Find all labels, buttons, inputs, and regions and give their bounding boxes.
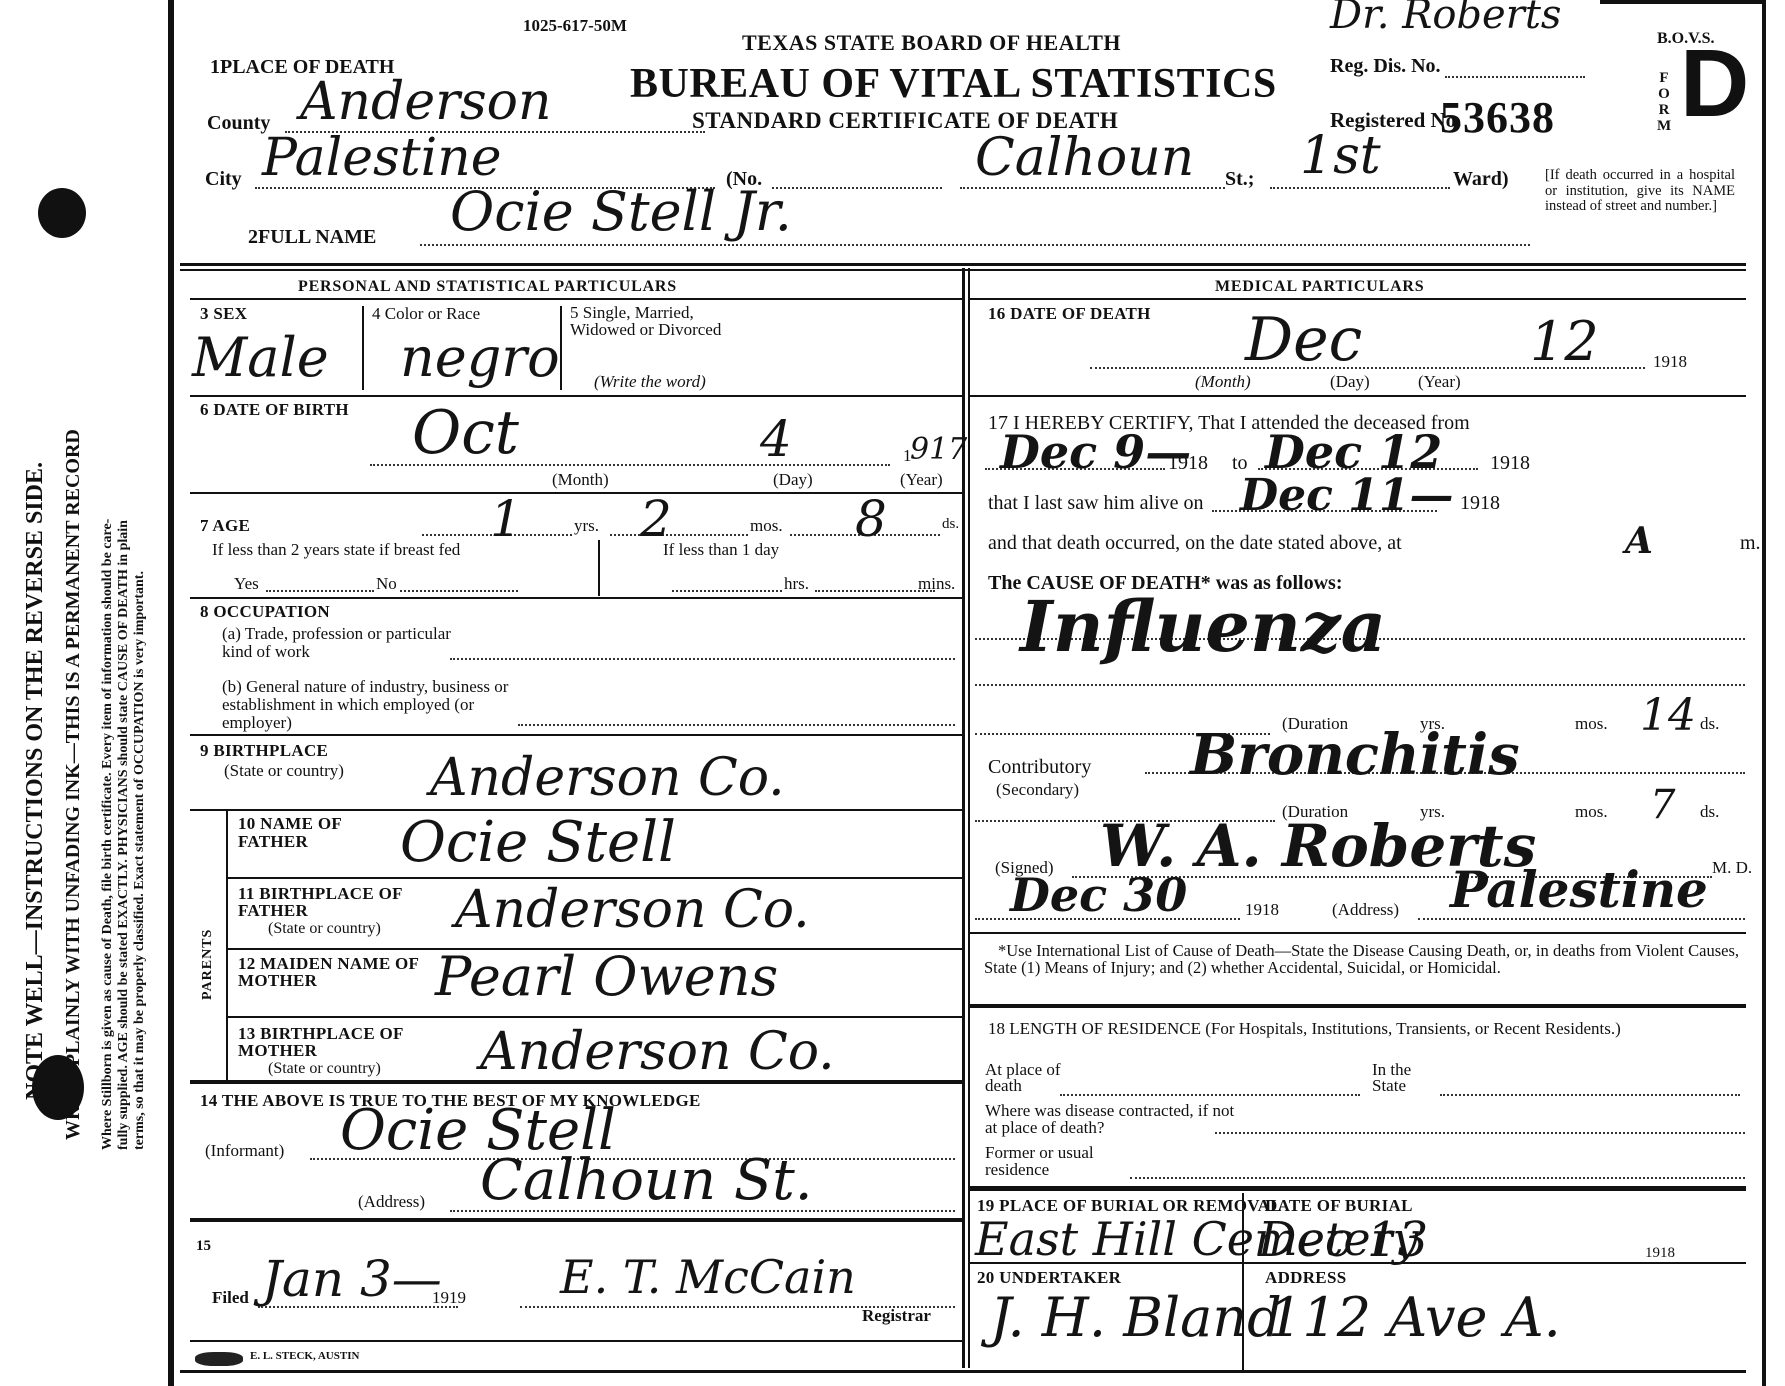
at-place-label: At place of death bbox=[985, 1062, 1075, 1094]
dod-year-value: 1918 bbox=[1653, 352, 1687, 372]
mother-name-label: 12 MAIDEN NAME OF MOTHER bbox=[238, 955, 438, 989]
printer-seal-icon bbox=[195, 1352, 243, 1366]
informant-address-value: Calhoun St. bbox=[480, 1148, 813, 1213]
residence-label: 18 LENGTH OF RESIDENCE (For Hospitals, I… bbox=[988, 1020, 1738, 1037]
occupation-b-label: (b) General nature of industry, business… bbox=[222, 678, 522, 732]
father-birthplace-value: Anderson Co. bbox=[455, 880, 810, 940]
row-rule-footnote bbox=[970, 932, 1746, 934]
row-rule-age bbox=[190, 492, 962, 494]
form-label: FORM bbox=[1657, 70, 1671, 134]
dod-label: 16 DATE OF DEATH bbox=[988, 304, 1151, 324]
no-label: No bbox=[376, 574, 397, 594]
father-birthplace-label: 11 BIRTHPLACE OF FATHER bbox=[238, 885, 408, 919]
marital-label: 5 Single, Married, Widowed or Divorced bbox=[570, 304, 730, 338]
row-rule-burial bbox=[970, 1186, 1746, 1191]
contrib-mos-label: mos. bbox=[1575, 802, 1608, 822]
last-saw-year: 1918 bbox=[1460, 492, 1500, 515]
breast-fed-no-field[interactable] bbox=[400, 590, 518, 592]
yrs-label: yrs. bbox=[574, 516, 599, 536]
hrs-label: hrs. bbox=[784, 574, 809, 594]
form-right-border bbox=[1762, 0, 1766, 1386]
age-days-value: 8 bbox=[855, 490, 887, 548]
contributory-label: Contributory bbox=[988, 756, 1091, 779]
occupation-b-field[interactable] bbox=[518, 724, 955, 726]
to-year: 1918 bbox=[1490, 452, 1530, 475]
less-than-day-label: If less than 1 day bbox=[663, 540, 779, 560]
mins-label: mins. bbox=[918, 574, 955, 594]
mother-birthplace-value: Anderson Co. bbox=[480, 1022, 835, 1082]
stillborn-instruction-2: fully supplied. AGE should be stated EXA… bbox=[116, 520, 132, 1150]
dr-roberts-annotation: Dr. Roberts bbox=[1330, 0, 1561, 38]
ds-label: ds. bbox=[942, 516, 959, 533]
row-rule-father-bp bbox=[228, 877, 962, 879]
dob-label: 6 DATE OF BIRTH bbox=[200, 400, 349, 420]
last-saw-value: Dec 11— bbox=[1240, 470, 1454, 521]
burial-date-value: Dec 13 bbox=[1258, 1212, 1428, 1268]
cause-duration-days: 14 bbox=[1640, 690, 1696, 741]
informant-label: (Informant) bbox=[205, 1141, 284, 1161]
street-value: Calhoun bbox=[975, 128, 1194, 188]
informant-address-label: (Address) bbox=[358, 1192, 425, 1212]
dod-year-caption: (Year) bbox=[1418, 372, 1461, 392]
item-15-label: 15 bbox=[196, 1238, 211, 1255]
sex-race-divider bbox=[362, 306, 364, 390]
cause-value: Influenza bbox=[1020, 585, 1386, 668]
reg-dis-field[interactable] bbox=[1445, 76, 1585, 78]
last-saw-label: that I last saw him alive on bbox=[988, 492, 1204, 515]
mos-label: mos. bbox=[750, 516, 783, 536]
race-marital-divider bbox=[560, 306, 562, 390]
hospital-note: [If death occurred in a hospital or inst… bbox=[1545, 168, 1735, 215]
contributory-value: Bronchitis bbox=[1190, 722, 1520, 788]
signed-year: 1918 bbox=[1245, 900, 1279, 920]
sex-label: 3 SEX bbox=[200, 304, 247, 324]
cause-mos-label: mos. bbox=[1575, 714, 1608, 734]
full-name-value: Ocie Stell Jr. bbox=[450, 180, 792, 243]
occupation-a-label: (a) Trade, profession or particular kind… bbox=[222, 625, 452, 661]
former-residence-field[interactable] bbox=[1130, 1177, 1745, 1179]
medical-section-title: MEDICAL PARTICULARS bbox=[1215, 278, 1424, 296]
form-top-border bbox=[1600, 0, 1766, 4]
birthplace-label: 9 BIRTHPLACE bbox=[200, 741, 328, 761]
city-value: Palestine bbox=[262, 128, 502, 188]
contracted-field[interactable] bbox=[1215, 1132, 1745, 1134]
dod-month-caption: (Month) bbox=[1195, 372, 1251, 392]
header-divider bbox=[180, 263, 1746, 266]
undertaker-address-label: ADDRESS bbox=[1265, 1268, 1346, 1288]
dob-month-value: Oct bbox=[412, 398, 519, 468]
ink-blot-bottom bbox=[32, 1055, 84, 1120]
physician-address-value: Palestine bbox=[1450, 860, 1708, 919]
row-rule-printer bbox=[190, 1340, 962, 1342]
in-state-field[interactable] bbox=[1440, 1094, 1740, 1096]
ward-field[interactable] bbox=[1270, 187, 1450, 189]
row-rule-residence bbox=[970, 1004, 1746, 1008]
row-rule-undertaker bbox=[970, 1262, 1746, 1264]
center-divider-2 bbox=[968, 268, 970, 1368]
breast-fed-label: If less than 2 years state if breast fed bbox=[212, 540, 460, 560]
write-plainly-notice: WRITE PLAINLY WITH UNFADING INK—THIS IS … bbox=[62, 429, 85, 1140]
occupation-label: 8 OCCUPATION bbox=[200, 602, 330, 622]
personal-title-rule bbox=[190, 298, 962, 300]
registrar-signature: E. T. McCain bbox=[560, 1250, 856, 1304]
undertaker-value: J. H. Bland bbox=[990, 1286, 1282, 1349]
city-label: City bbox=[205, 168, 242, 191]
race-value: negro bbox=[400, 326, 560, 389]
reg-dis-label: Reg. Dis. No. bbox=[1330, 55, 1441, 78]
filed-label: Filed bbox=[212, 1288, 249, 1308]
secondary-label: (Secondary) bbox=[996, 780, 1079, 800]
print-code: 1025-617-50M bbox=[523, 16, 627, 36]
undertaker-label: 20 UNDERTAKER bbox=[977, 1268, 1121, 1288]
registrar-label: Registrar bbox=[862, 1306, 931, 1326]
death-time-value: A bbox=[1625, 520, 1653, 562]
printer-credit: E. L. STECK, AUSTIN bbox=[250, 1350, 359, 1362]
stillborn-instruction-1: Where Stillborn is given as cause of Dea… bbox=[100, 519, 116, 1150]
contracted-label: Where was disease contracted, if not at … bbox=[985, 1102, 1245, 1136]
contrib-ds-label: ds. bbox=[1700, 802, 1719, 822]
ward-value: 1st bbox=[1300, 126, 1381, 186]
row-rule-mother-bp bbox=[228, 1016, 962, 1018]
age-label: 7 AGE bbox=[200, 516, 250, 536]
note-well-instructions: NOTE WELL—INSTRUCTIONS ON THE REVERSE SI… bbox=[22, 462, 49, 1100]
county-label: County bbox=[207, 112, 270, 135]
dob-year-caption: (Year) bbox=[900, 470, 943, 490]
dob-day-caption: (Day) bbox=[773, 470, 813, 490]
birthplace-hint: (State or country) bbox=[224, 761, 344, 781]
row-rule-informant bbox=[190, 1080, 962, 1084]
board-title: TEXAS STATE BOARD OF HEALTH bbox=[742, 30, 1121, 56]
mother-name-value: Pearl Owens bbox=[435, 945, 778, 1008]
parents-divider bbox=[226, 810, 228, 1080]
dod-day-value: 12 bbox=[1530, 310, 1599, 373]
cause-footnote: *Use International List of Cause of Deat… bbox=[984, 942, 1739, 976]
full-name-label: 2FULL NAME bbox=[248, 226, 376, 249]
filed-date-value: Jan 3— bbox=[262, 1250, 442, 1308]
form-left-border bbox=[168, 0, 174, 1386]
bureau-title: BUREAU OF VITAL STATISTICS bbox=[630, 60, 1277, 108]
contrib-duration-days: 7 bbox=[1650, 782, 1675, 828]
registered-number: 53638 bbox=[1440, 92, 1555, 143]
full-name-field[interactable] bbox=[420, 244, 1530, 246]
form-bottom-rule bbox=[180, 1370, 1746, 1373]
birthplace-value: Anderson Co. bbox=[430, 748, 785, 808]
age-subdivider bbox=[598, 540, 600, 596]
row-rule-occupation bbox=[190, 597, 962, 599]
dod-day-caption: (Day) bbox=[1330, 372, 1370, 392]
former-residence-label: Former or usual residence bbox=[985, 1144, 1125, 1178]
marital-hint: (Write the word) bbox=[594, 372, 706, 392]
street-label: St.; bbox=[1225, 168, 1254, 191]
dob-day-value: 4 bbox=[760, 410, 792, 468]
breast-fed-yes-field[interactable] bbox=[266, 590, 374, 592]
filed-year: 1919 bbox=[432, 1288, 466, 1308]
cause-ds-label: ds. bbox=[1700, 714, 1719, 734]
parents-label: PARENTS bbox=[200, 929, 216, 1000]
yes-label: Yes bbox=[234, 574, 259, 594]
mother-birthplace-label: 13 BIRTHPLACE OF MOTHER bbox=[238, 1025, 408, 1059]
father-birthplace-hint: (State or country) bbox=[268, 920, 381, 938]
attended-from-value: Dec 9— bbox=[1000, 425, 1191, 479]
marital-field[interactable] bbox=[760, 330, 950, 380]
ink-blot-top bbox=[38, 188, 86, 238]
age-years-value: 1 bbox=[490, 490, 522, 548]
death-time-label: and that death occurred, on the date sta… bbox=[988, 532, 1402, 555]
dob-month-caption: (Month) bbox=[552, 470, 609, 490]
county-value: Anderson bbox=[300, 72, 551, 132]
row-rule-certify bbox=[970, 395, 1746, 397]
house-number-field[interactable] bbox=[772, 187, 942, 189]
mother-birthplace-hint: (State or country) bbox=[268, 1060, 381, 1078]
minutes-field[interactable] bbox=[815, 590, 935, 592]
at-place-field[interactable] bbox=[1060, 1094, 1360, 1096]
row-rule-dob bbox=[190, 395, 962, 397]
signed-date-value: Dec 30 bbox=[1010, 868, 1187, 922]
dod-month-value: Dec bbox=[1245, 305, 1362, 375]
occupation-a-field[interactable] bbox=[450, 658, 955, 660]
m-label: m. bbox=[1740, 532, 1761, 555]
stillborn-instruction-3: terms, so that it may be properly classi… bbox=[132, 571, 148, 1150]
race-label: 4 Color or Race bbox=[372, 304, 480, 324]
personal-section-title: PERSONAL AND STATISTICAL PARTICULARS bbox=[298, 278, 677, 296]
father-name-label: 10 NAME OF FATHER bbox=[238, 815, 398, 851]
from-year: 1918 bbox=[1168, 452, 1208, 475]
md-label: M. D. bbox=[1712, 858, 1752, 878]
physician-address-label: (Address) bbox=[1332, 900, 1399, 920]
father-name-value: Ocie Stell bbox=[400, 810, 676, 875]
cause-field-2[interactable] bbox=[975, 684, 1745, 686]
burial-year: 1918 bbox=[1645, 1245, 1675, 1262]
ward-label: Ward) bbox=[1453, 168, 1509, 191]
in-state-label: In the State bbox=[1372, 1062, 1442, 1094]
dob-year-value: 917 bbox=[910, 432, 967, 467]
undertaker-address-value: 112 Ave A. bbox=[1268, 1286, 1561, 1349]
medical-title-rule bbox=[970, 298, 1746, 300]
age-months-field[interactable] bbox=[610, 534, 748, 536]
form-letter: D bbox=[1680, 36, 1749, 132]
sex-value: Male bbox=[192, 326, 329, 389]
row-rule-filed bbox=[190, 1218, 962, 1222]
row-rule-birthplace bbox=[190, 734, 962, 736]
hours-field[interactable] bbox=[672, 590, 782, 592]
